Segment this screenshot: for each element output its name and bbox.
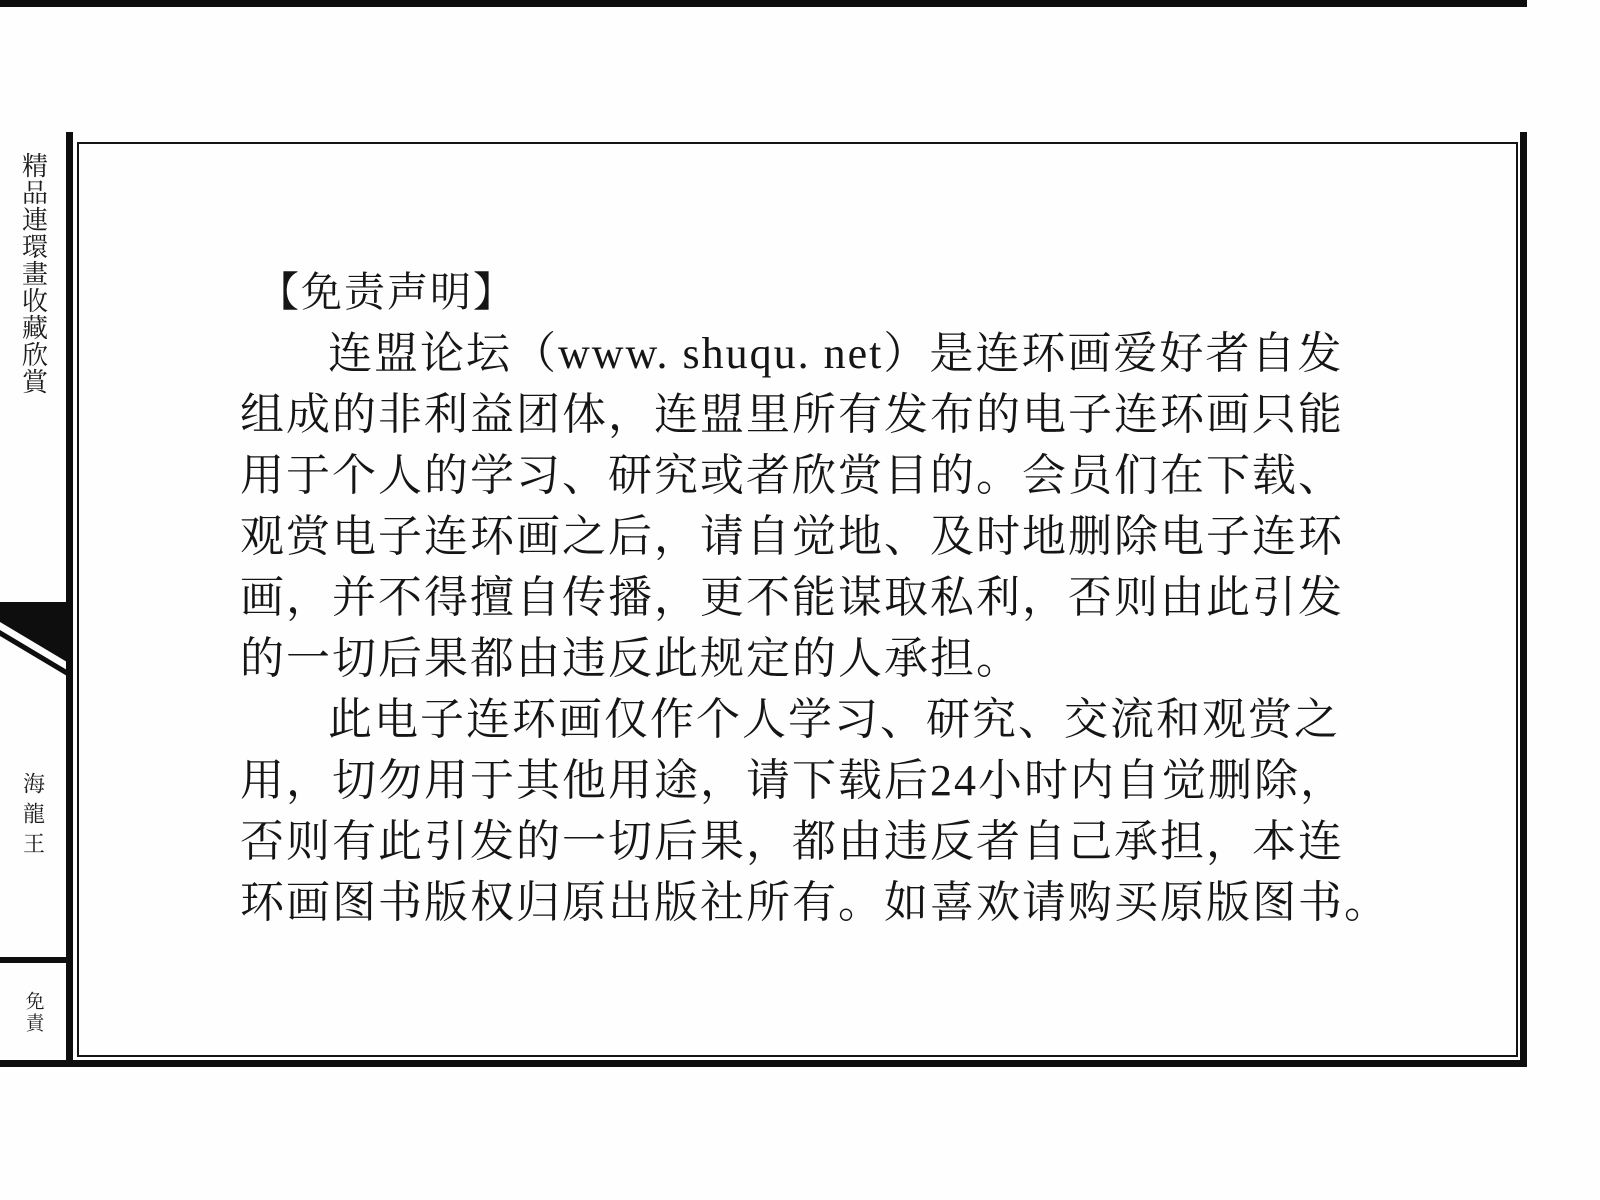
series-title-wrap: 精品連環畫收藏欣賞 (0, 152, 66, 395)
diagonal-ribbon-icon (0, 596, 67, 678)
book-title-wrap: 海龍王 (0, 772, 66, 862)
frame-top-border (0, 0, 1527, 7)
disclaimer-line: 用于个人的学习、研究或者欣赏目的。会员们在下载、 (240, 445, 1380, 506)
disclaimer-line: 此电子连环画仅作个人学习、研究、交流和观赏之 (240, 689, 1380, 750)
frame-bottom-border (0, 1060, 1527, 1067)
disclaimer-line: 否则有此引发的一切后果，都由违反者自己承担，本连 (240, 811, 1380, 872)
disclaimer-line: 观赏电子连环画之后，请自觉地、及时地删除电子连环 (240, 506, 1380, 567)
section-label: 免責 (20, 991, 47, 1035)
disclaimer-text-block: 【免责声明】 连盟论坛（www. shuqu. net）是连环画爱好者自发 组成… (240, 262, 1380, 933)
book-title: 海龍王 (18, 772, 49, 862)
scanned-page: 精品連環畫收藏欣賞 海龍王 免責 【免责声明】 连盟论坛（www. shuqu.… (0, 0, 1600, 1200)
sidebar-divider-border (66, 132, 73, 1067)
disclaimer-line: 的一切后果都由违反此规定的人承担。 (240, 628, 1380, 689)
disclaimer-title: 【免责声明】 (240, 262, 1380, 323)
disclaimer-line: 用，切勿用于其他用途，请下载后24小时内自觉删除， (240, 750, 1380, 811)
disclaimer-line: 连盟论坛（www. shuqu. net）是连环画爱好者自发 (240, 323, 1380, 384)
section-label-wrap: 免責 (0, 991, 66, 1035)
disclaimer-line: 组成的非利益团体，连盟里所有发布的电子连环画只能 (240, 384, 1380, 445)
frame-right-border (1520, 132, 1527, 1067)
sidebar-section-divider (0, 957, 66, 963)
series-title: 精品連環畫收藏欣賞 (15, 152, 52, 395)
disclaimer-line: 画，并不得擅自传播，更不能谋取私利，否则由此引发 (240, 567, 1380, 628)
disclaimer-line: 环画图书版权归原出版社所有。如喜欢请购买原版图书。 (240, 872, 1380, 933)
